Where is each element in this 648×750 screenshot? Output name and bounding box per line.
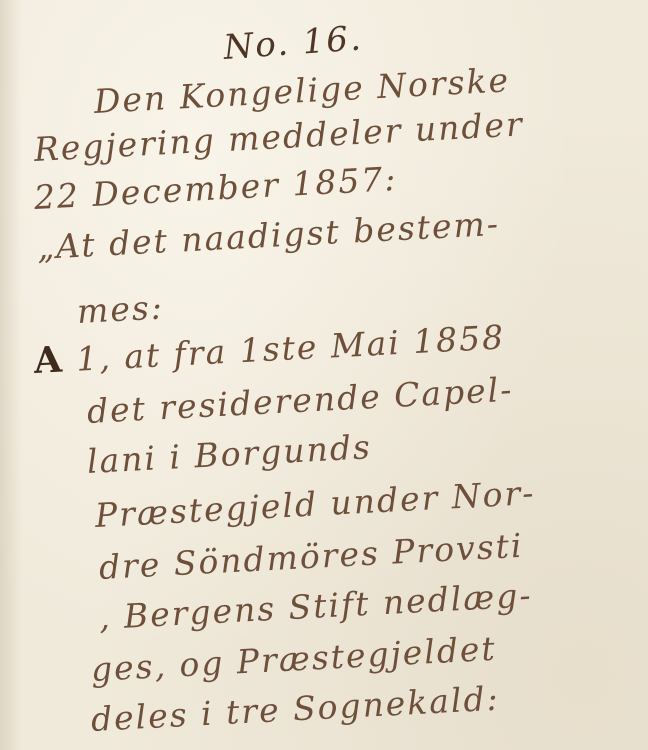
text-line-3: 22 December 1857:: [33, 159, 398, 217]
text-line-10: dre Söndmöres Provsti: [98, 526, 524, 587]
text-line-5: mes:: [76, 288, 165, 331]
manuscript-page: No. 16. Den Kongelige Norske Regjering m…: [0, 0, 648, 750]
paragraph-marker: A: [33, 338, 65, 382]
text-line-7: det residerende Capel-: [86, 370, 514, 431]
text-line-13: deles i tre Sognekald:: [90, 679, 501, 739]
document-number-heading: No. 16.: [222, 18, 364, 68]
text-line-11: , Bergens Stift nedlæg-: [98, 575, 533, 637]
text-line-9: Præstegjeld under Nor-: [94, 473, 536, 535]
page-edge-shadow: [0, 0, 22, 750]
text-line-12: ges, og Præstegjeldet: [90, 629, 498, 689]
text-line-8: lani i Borgunds: [86, 427, 373, 481]
